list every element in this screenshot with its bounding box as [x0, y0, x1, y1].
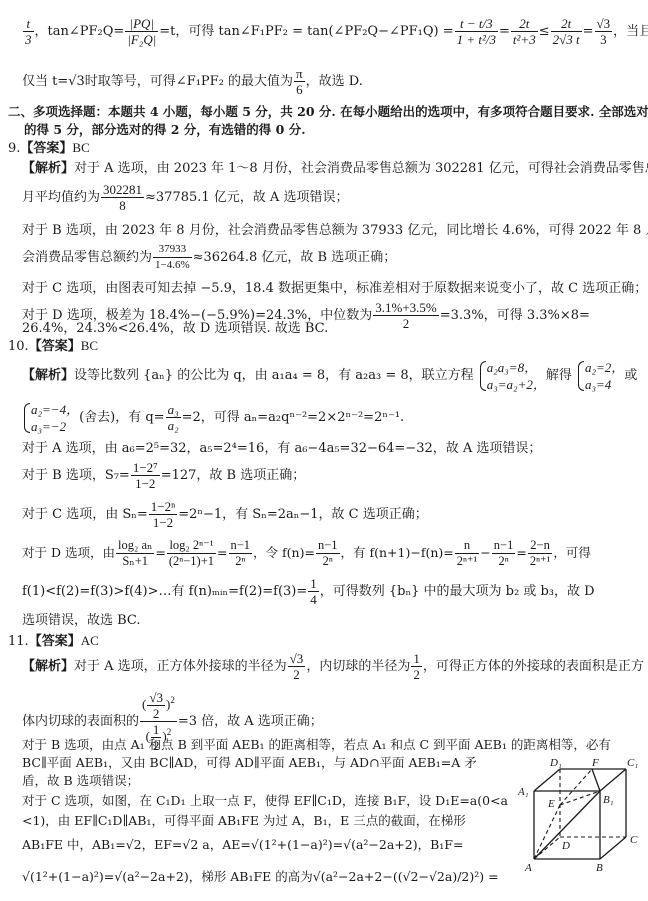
label-A1: A₁: [517, 786, 529, 798]
section-heading-line-1: 二、多项选择题：本题共 4 小题，每小题 5 分，共 20 分. 在每小题给出的…: [8, 103, 648, 121]
section-heading-line-2: 的得 5 分，部分选对的得 2 分，有选错的得 0 分.: [24, 121, 306, 139]
q9-analysis-line-7: 26.4%，24.3%<26.4%，故 D 选项错误. 故选 BC.: [22, 320, 328, 338]
text: 或: [624, 368, 637, 383]
text: =127，故 B 选项正确；: [161, 468, 306, 483]
fraction-b: 379331−4.6%: [153, 242, 192, 273]
leq-symbol: ≤: [539, 24, 550, 39]
text: 会消费品零售总额约为: [22, 250, 152, 265]
text: ，当且: [613, 24, 648, 39]
analysis-label: 【解析】: [22, 368, 74, 383]
fraction: n−12ⁿ: [229, 538, 253, 569]
label-A: A: [524, 862, 532, 874]
fraction: 2t2√3 t: [551, 16, 582, 47]
analysis-label: 【解析】: [22, 659, 74, 674]
fraction-quarter: 14: [308, 576, 319, 607]
q10-option-d-line-3: 选项错误，故选 BC.: [22, 612, 141, 630]
fraction-pq: |PQ||F₂Q|: [125, 16, 158, 47]
label-D1: D₁: [549, 757, 562, 769]
q10-option-b: 对于 B 选项，S₇=1−2⁷1−2=127，故 B 选项正确；: [22, 458, 305, 494]
q9-analysis-line-1: 【解析】对于 A 选项，由 2023 年 1～8 月份，社会消费品零售总额为 3…: [22, 160, 648, 178]
continuation-line-2: 仅当 t=√3时取等号，可得∠F₁PF₂ 的最大值为π6，故选 D.: [22, 64, 363, 100]
fraction: n2ⁿ⁺¹: [455, 538, 480, 569]
q9-analysis-line-5: 对于 C 选项，由图表可知去掉 −5.9，18.4 数据更集中，标准差相对于原数…: [22, 280, 647, 298]
fraction: n−12ⁿ: [316, 538, 340, 569]
q11-option-b-line-2: BC∥平面 AEB₁，又由 BC∥AD，可得 AD∥平面 AEB₁，与 AD∩平…: [22, 754, 477, 772]
q10-option-c: 对于 C 选项，由 Sₙ=1−2ⁿ1−2=2ⁿ−1，有 Sₙ=2aₙ−1，故 C…: [22, 497, 428, 533]
continuation-line-1: t3，tan∠PF₂Q=|PQ||F₂Q|=t，可得 tan∠F₁PF₂ = t…: [22, 10, 648, 54]
fraction-r-outer: √32: [288, 651, 306, 682]
text: 对于 B 选项，S₇=: [22, 468, 130, 483]
answer-label: 【答案】: [20, 141, 72, 156]
q10-option-d-line-2: f(1)<f(2)=f(3)>f(4)>…有 f(n)ₘᵢₙ=f(2)=f(3)…: [22, 574, 595, 610]
question-number: 10.: [8, 339, 29, 354]
text: =3.3%，可得 3.3%×8=: [440, 308, 590, 323]
text: ≈37785.1 亿元，故 A 选项错误；: [145, 190, 348, 205]
fraction-sn: 1−2ⁿ1−2: [149, 499, 177, 530]
q11-option-c-line-4: √(1²+(1−a)²)=√(a²−2a+2)，梯形 AB₁FE 的高为√(a²…: [22, 868, 499, 886]
answer-label: 【答案】: [29, 339, 81, 354]
text: ，故选 D.: [306, 74, 363, 89]
q11-option-c-line-3: AB₁FE 中，AB₁=√2，EF=√2 a，AE=√(1²+(1−a)²)=√…: [22, 836, 463, 854]
q10-option-d-line-1: 对于 D 选项，由log₂ aₙSₙ+1=log₂ 2ⁿ⁻¹(2ⁿ−1)+1=n…: [22, 535, 591, 571]
equation-system-solution: a₂=2，a₃=4: [576, 359, 624, 393]
text: =3 倍，故 A 选项正确；: [178, 714, 323, 729]
label-D: D: [561, 840, 570, 852]
equation-system-rejected: a₂=−4，a₃=−2: [22, 401, 79, 435]
q9-answer-line: 9.【答案】BC: [8, 139, 90, 158]
answer-label: 【答案】: [29, 634, 81, 649]
text: =t，可得 tan∠F₁PF₂ = tan(∠PF₂Q−∠PF₁Q) =: [159, 24, 453, 39]
fraction-q: a₃a₂: [166, 402, 181, 433]
fraction: log₂ 2ⁿ⁻¹(2ⁿ−1)+1: [167, 538, 216, 569]
q11-option-c-line-1: 对于 C 选项，如图，在 C₁D₁ 上取一点 F，使得 EF∥C₁D，连接 B₁…: [22, 792, 508, 810]
fraction: 2tt²+3: [511, 16, 538, 47]
text: f(1)<f(2)=f(3)>f(4)>…有 f(n)ₘᵢₙ=f(2)=f(3)…: [22, 584, 307, 599]
question-number: 11.: [8, 634, 29, 649]
answer-value: BC: [81, 338, 98, 353]
answer-value: BC: [72, 140, 89, 155]
fraction-s7: 1−2⁷1−2: [131, 460, 160, 491]
text: 设等比数列 {aₙ} 的公比为 q，由 a₁a₄ = 8，有 a₂a₃ = 8，…: [74, 368, 474, 383]
fraction-big: t − t/31 + t²/3: [455, 16, 498, 47]
q9-analysis-line-2: 月平均值约为3022818≈37785.1 亿元，故 A 选项错误；: [22, 180, 348, 216]
label-B1: B₁: [603, 794, 614, 806]
q10-analysis-line-1: 【解析】设等比数列 {aₙ} 的公比为 q，由 a₁a₄ = 8，有 a₂a₃ …: [22, 356, 637, 396]
text: 仅当 t=√3时取等号，可得∠F₁PF₂ 的最大值为: [22, 74, 293, 89]
label-B: B: [596, 862, 603, 874]
q11-analysis-line-1: 【解析】对于 A 选项，正方体外接球的半径为√32，内切球的半径为12，可得正方…: [22, 648, 644, 686]
fraction: √33: [595, 16, 613, 47]
text: (舍去)，有 q=: [79, 410, 165, 425]
text: =2ⁿ−1，有 Sₙ=2aₙ−1，故 C 选项正确；: [178, 507, 428, 522]
cube-diagram: D₁ F C₁ A₁ B₁ E D C A B: [492, 757, 648, 901]
analysis-label: 【解析】: [22, 161, 74, 176]
fraction-pi-6: π6: [294, 66, 305, 97]
label-F: F: [591, 757, 599, 769]
text: 解得: [546, 368, 572, 383]
text: ，可得数列 {bₙ} 中的最大项为 b₂ 或 b₃，故 D: [320, 584, 595, 599]
text: ≈36264.8 亿元，故 B 选项正确；: [193, 250, 397, 265]
q10-analysis-line-2: a₂=−4，a₃=−2(舍去)，有 q=a₃a₂=2，可得 aₙ=a₂qⁿ⁻²=…: [22, 398, 404, 438]
text: 对于 A 选项，正方体外接球的半径为: [74, 659, 287, 674]
text: 月平均值约为: [22, 190, 100, 205]
text: =2，可得 aₙ=a₂qⁿ⁻²=2×2ⁿ⁻²=2ⁿ⁻¹.: [182, 410, 405, 425]
label-C: C: [630, 834, 638, 846]
fraction: 2−n2ⁿ⁺¹: [528, 538, 553, 569]
text: 对于 A 选项，由 2023 年 1～8 月份，社会消费品零售总额为 30228…: [74, 161, 648, 176]
fraction-r-inner: 12: [411, 651, 422, 682]
text: ，tan∠PF₂Q=: [35, 24, 125, 39]
label-C1: C₁: [627, 757, 638, 769]
q10-option-a: 对于 A 选项，由 a₆=2⁵=32，a₅=2⁴=16，有 a₆−4a₅=32−…: [22, 440, 541, 458]
text: ，令 f(n)=: [253, 545, 315, 560]
question-number: 9.: [8, 141, 20, 156]
q11-option-b-line-1: 对于 B 选项，由点 A₁ 和点 B 到平面 AEB₁ 的距离相等，若点 A₁ …: [22, 736, 611, 754]
q10-answer-line: 10.【答案】BC: [8, 337, 98, 356]
text: ，可得正方体的外接球的表面积是正方: [423, 659, 644, 674]
answer-value: AC: [81, 633, 99, 648]
text: 体内切球的表面积的: [22, 714, 139, 729]
q11-option-c-line-2: <1)，由 EF∥C₁D∥AB₁，可得平面 AB₁FE 为过 A，B₁，E 三点…: [22, 812, 466, 830]
text: 对于 D 选项，由: [22, 545, 115, 560]
text: ，可得: [553, 545, 591, 560]
q9-analysis-line-3: 对于 B 选项，由 2023 年 8 月份，社会消费品零售总额为 37933 亿…: [22, 222, 648, 240]
fraction: t3: [23, 16, 34, 47]
fraction: log₂ aₙSₙ+1: [116, 538, 154, 569]
fraction: n−12ⁿ: [492, 538, 516, 569]
q9-analysis-line-4: 会消费品零售总额约为379331−4.6%≈36264.8 亿元，故 B 选项正…: [22, 240, 396, 276]
equation-system: a₂a₃=8，a₃=a₂+2，: [478, 359, 546, 393]
fraction-avg: 3022818: [101, 182, 144, 213]
fraction-median: 3.1%+3.5%2: [373, 300, 439, 331]
q11-option-b-line-3: 盾，故 B 选项错误；: [22, 772, 139, 790]
text: ，有 f(n+1)−f(n)=: [341, 545, 454, 560]
text: 对于 C 选项，由 Sₙ=: [22, 507, 148, 522]
text: ，内切球的半径为: [306, 659, 410, 674]
label-E: E: [547, 798, 555, 810]
